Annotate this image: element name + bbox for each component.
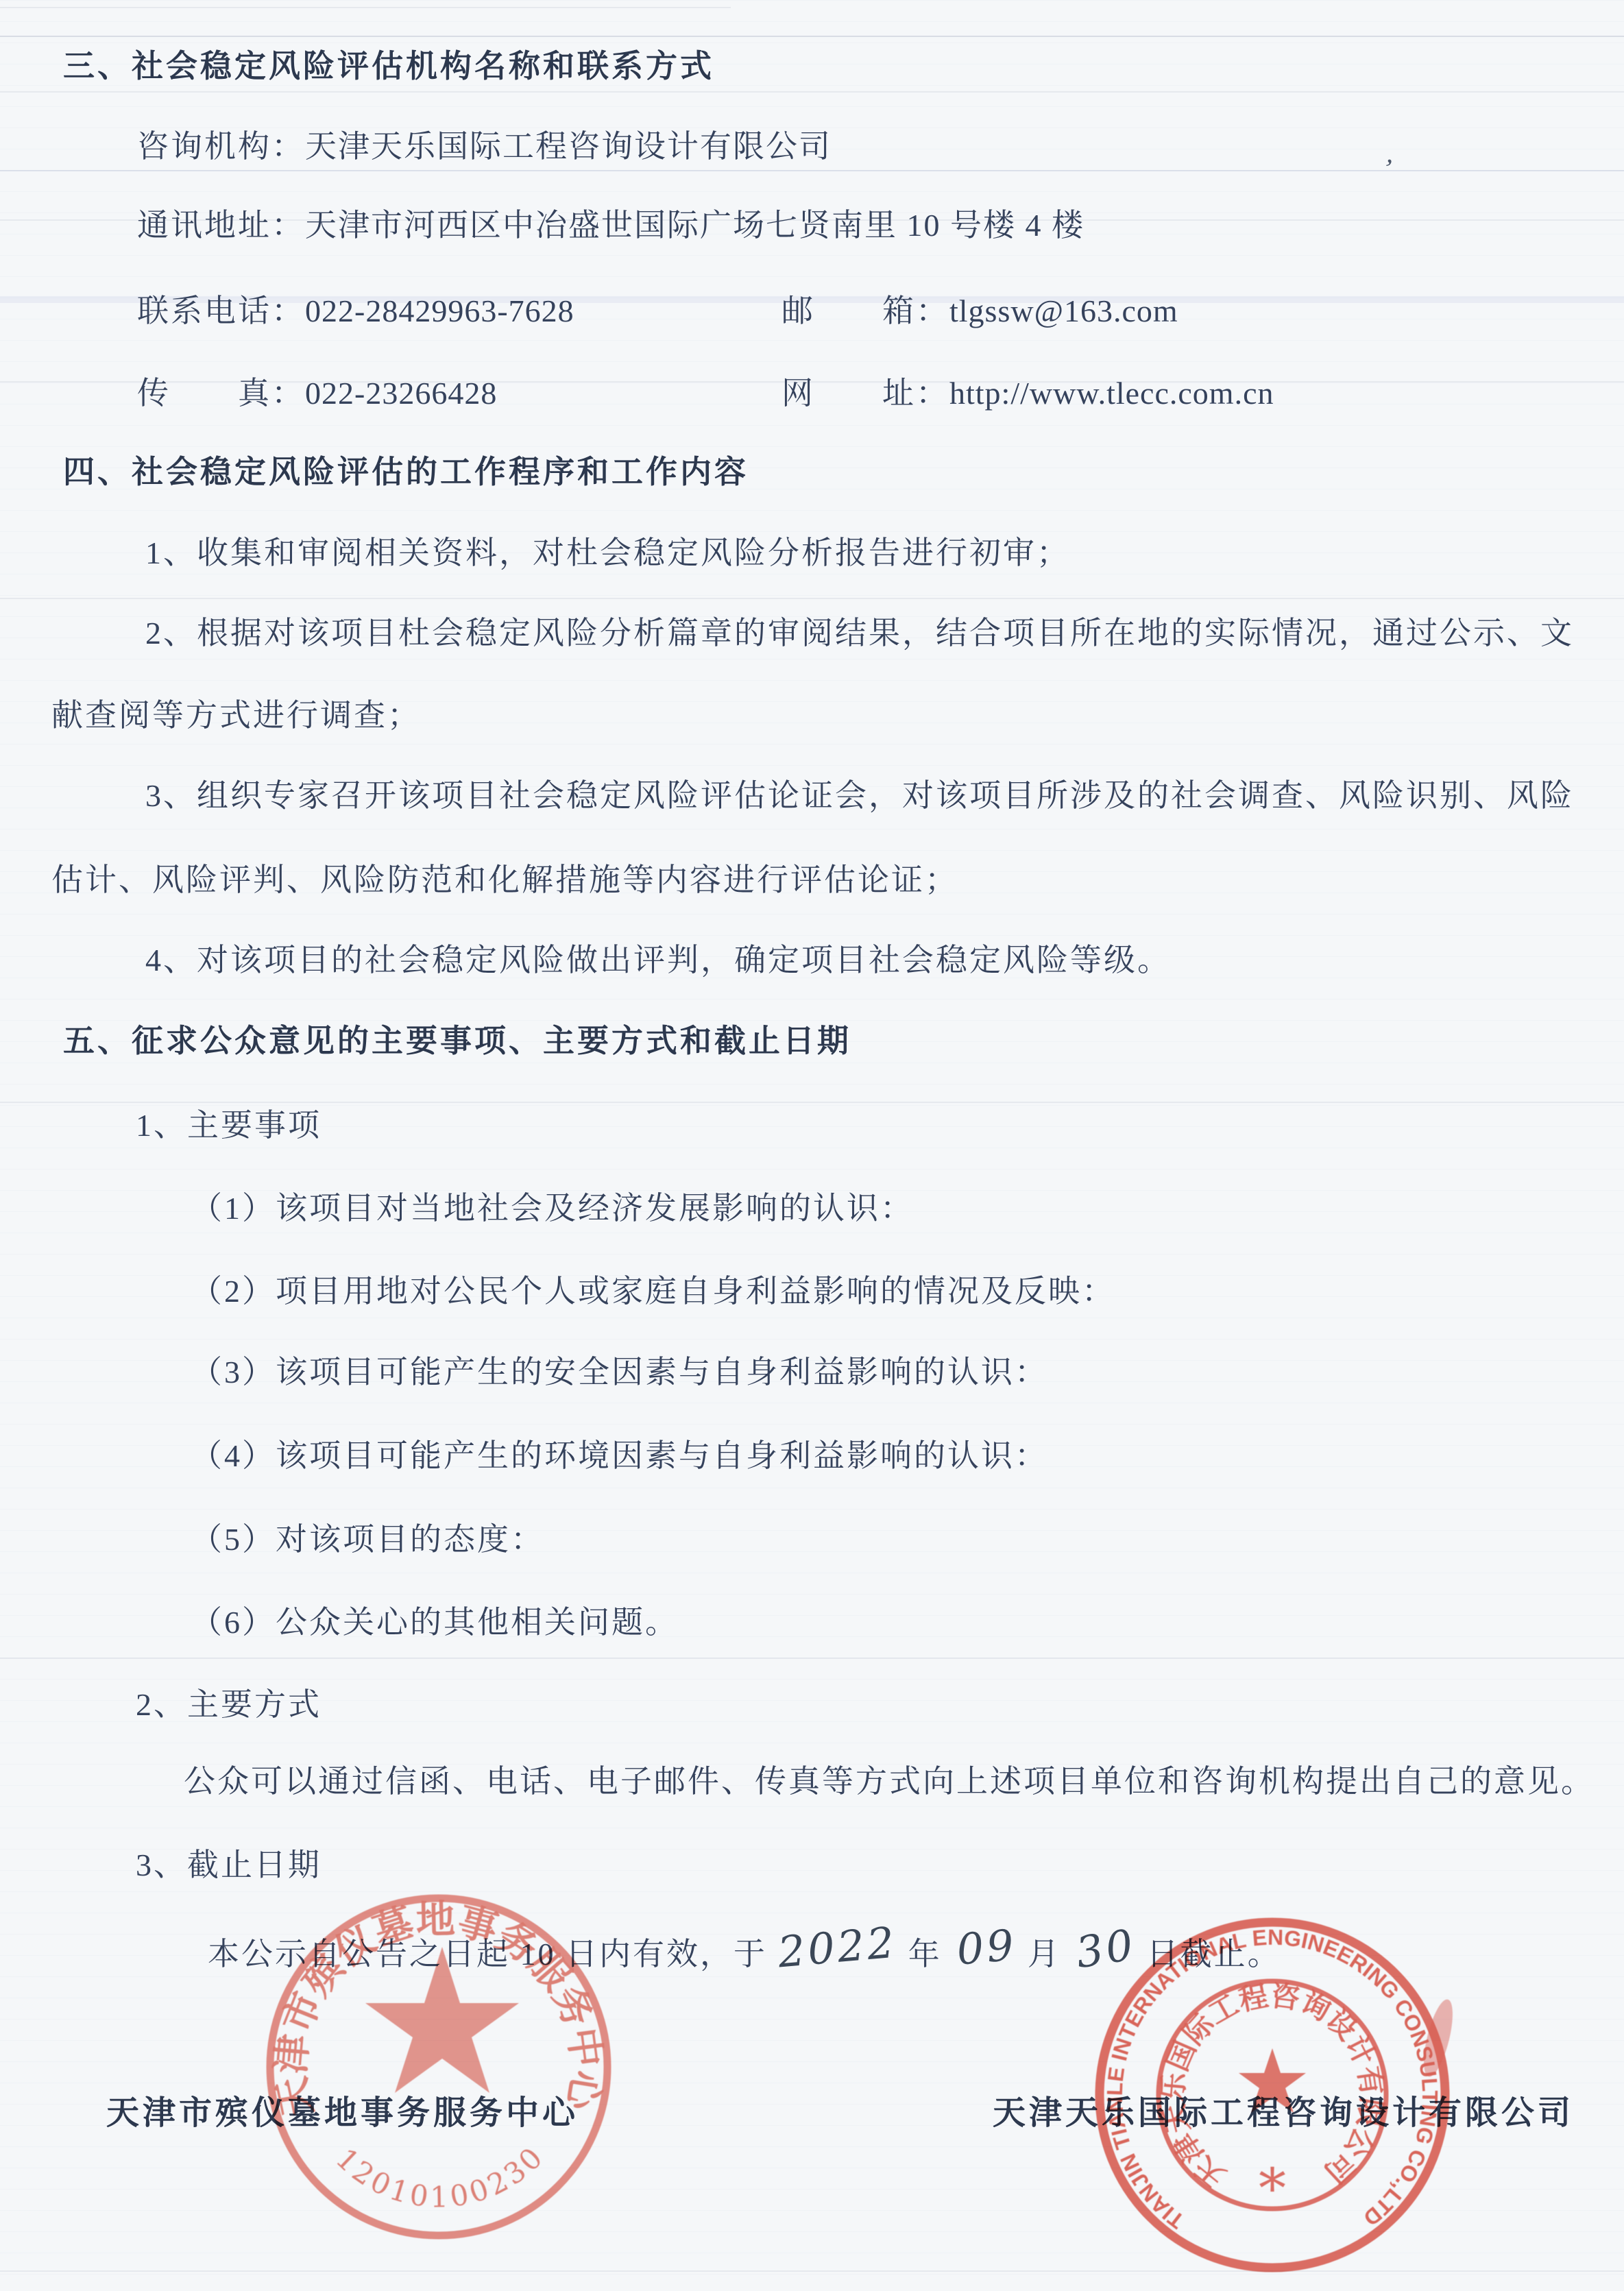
section4-item4: 4、对该项目的社会稳定风险做出评判，确定项目社会稳定风险等级。 (145, 941, 1171, 980)
email-row: 邮 箱：tlgssw@163.com (781, 291, 1178, 331)
scan-streak (0, 598, 1624, 599)
address-label: 通讯地址： (137, 208, 305, 243)
address-value: 天津市河西区中冶盛世国际广场七贤南里 10 号楼 4 楼 (305, 208, 1084, 243)
seal-star-icon (1239, 2048, 1306, 2113)
phone-row: 联系电话：022-28429963-7628 (137, 291, 574, 331)
address-row: 通讯地址：天津市河西区中冶盛世国际广场七贤南里 10 号楼 4 楼 (137, 206, 1084, 245)
scan-streak (0, 1102, 1624, 1103)
section3-title: 三、社会稳定风险评估机构名称和联系方式 (63, 47, 714, 86)
matter-item: （1）该项目对当地社会及经济发展影响的认识： (191, 1189, 914, 1228)
scan-streak (0, 7, 731, 8)
consulting-org-row: 咨询机构：天津天乐国际工程咨询设计有限公司 (137, 127, 832, 167)
left-official-seal: 天津市殡仪墓地事务服务中心 1201010023022 (259, 1885, 616, 2248)
consulting-org-label: 咨询机构： (137, 129, 305, 164)
stray-pen-mark: ’ (1380, 151, 1396, 185)
seal-star-icon (365, 1947, 519, 2093)
section4-item3-line1: 3、组织专家召开该项目社会稳定风险评估论证会，对该项目所涉及的社会调查、风险识别… (145, 776, 1574, 816)
section4-item3-line2: 估计、风险评判、风险防范和化解措施等内容进行评估论证； (51, 860, 958, 900)
phone-label: 联系电话： (137, 293, 305, 328)
scanned-document-page: ’ 三、社会稳定风险评估机构名称和联系方式 咨询机构：天津天乐国际工程咨询设计有… (0, 0, 1624, 2291)
section5-sub2-title: 2、主要方式 (136, 1685, 322, 1725)
month-unit: 月 (1028, 1937, 1061, 1972)
fax-label: 传 真： (137, 376, 305, 411)
email-value: tlgssw@163.com (949, 293, 1178, 328)
website-label: 网 址： (781, 376, 949, 411)
scan-streak (0, 170, 1624, 171)
scan-streak (0, 1658, 1624, 1659)
section5-title: 五、征求公众意见的主要事项、主要方式和截止日期 (63, 1021, 851, 1061)
website-row: 网 址：http://www.tlecc.com.cn (781, 374, 1274, 413)
section5-sub2-text: 公众可以通过信函、电话、电子邮件、传真等方式向上述项目单位和咨询机构提出自己的意… (184, 1762, 1595, 1802)
section5-sub1-title: 1、主要事项 (136, 1106, 322, 1145)
handwritten-year: 2022 (776, 1916, 899, 1979)
section5-sub3-title: 3、截止日期 (136, 1845, 322, 1885)
matter-item: （4）该项目可能产生的环境因素与自身利益影响的认识： (191, 1436, 1048, 1476)
fax-row: 传 真：022-23266428 (137, 374, 497, 413)
scan-streak (0, 91, 1624, 93)
matter-item: （3）该项目可能产生的安全因素与自身利益影响的认识： (191, 1353, 1048, 1392)
matter-item: （2）项目用地对公民个人或家庭自身利益影响的情况及反映： (191, 1272, 1115, 1311)
handwritten-month: 09 (954, 1918, 1018, 1976)
phone-value: 022-28429963-7628 (305, 293, 574, 328)
consulting-org-value: 天津天乐国际工程咨询设计有限公司 (305, 129, 832, 164)
scan-streak (0, 36, 1624, 37)
year-unit: 年 (908, 1937, 942, 1972)
email-label: 邮 箱： (781, 293, 949, 328)
matter-item: （6）公众关心的其他相关问题。 (191, 1603, 679, 1643)
section4-item2-line1: 2、根据对该项目杜会稳定风险分析篇章的审阅结果，结合项目所在地的实际情况，通过公… (145, 614, 1574, 653)
matter-item: （5）对该项目的态度： (191, 1520, 544, 1560)
section4-title: 四、社会稳定风险评估的工作程序和工作内容 (63, 452, 749, 492)
seal-bottom-asterisk: * (1259, 2157, 1286, 2220)
website-value: http://www.tlecc.com.cn (949, 376, 1274, 411)
section4-item1: 1、收集和审阅相关资料，对杜会稳定风险分析报告进行初审； (145, 533, 1070, 573)
fax-value: 022-23266428 (305, 376, 497, 411)
right-official-seal: TIANJIN TIANLE INTERNATIONAL ENGINEERING… (1082, 1904, 1466, 2288)
section4-item2-line2: 献查阅等方式进行调查； (51, 696, 421, 736)
